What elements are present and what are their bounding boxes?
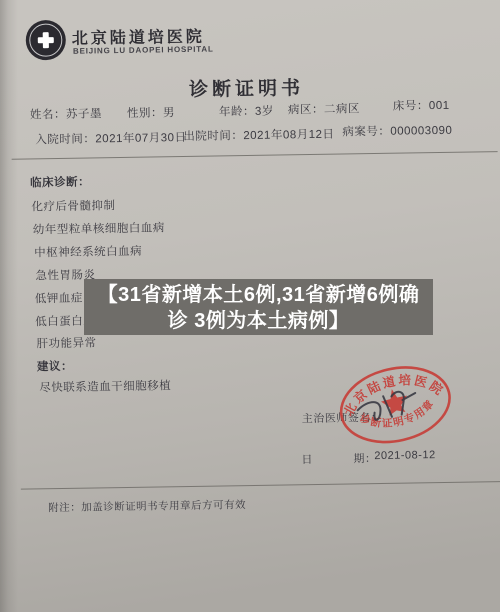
- footer-divider: [21, 481, 500, 490]
- discharge-date-label: 出院时间：: [183, 130, 243, 143]
- certificate-stamp: 北京陆道培医院 诊断证明专用章: [328, 351, 464, 460]
- patient-ward-value: 二病区: [324, 103, 360, 116]
- diagnosis-heading: 临床诊断：: [30, 173, 90, 190]
- patient-age-label: 年龄：: [219, 106, 255, 119]
- record-no-label: 病案号：: [342, 126, 390, 139]
- footnote-label: 附注：: [48, 502, 81, 515]
- footnote: 附注：加盖诊断证明书专用章后方可有效: [48, 497, 246, 515]
- diagnosis-item: 幼年型粒单核细胞白血病: [33, 219, 165, 237]
- patient-gender-field: 性别：男: [127, 104, 175, 121]
- news-caption-line1: 【31省新增本土6例,31省新增6例确: [84, 279, 433, 308]
- patient-age-value: 3岁: [255, 106, 274, 118]
- hospital-name-en: BEIJING LU DAOPEI HOSPITAL: [73, 45, 214, 56]
- patient-gender-label: 性别：: [127, 107, 163, 120]
- date-char: 日: [301, 451, 313, 467]
- news-caption-overlay: 【31省新增本土6例,31省新增6例确 诊 3例为本土病例】: [84, 279, 433, 335]
- patient-name-value: 苏子墨: [66, 108, 102, 121]
- advice-item: 尽快联系造血干细胞移植: [39, 377, 171, 395]
- patient-gender-value: 男: [163, 107, 175, 119]
- footnote-text: 加盖诊断证明书专用章后方可有效: [81, 499, 246, 514]
- patient-bed-label: 床号：: [393, 100, 429, 113]
- patient-age-field: 年龄：3岁: [219, 103, 274, 120]
- admit-date-label: 入院时间：: [35, 133, 95, 146]
- patient-bed-field: 床号：001: [393, 97, 450, 114]
- diagnosis-item: 中枢神经系统白血病: [34, 243, 142, 261]
- patient-ward-label: 病区：: [288, 104, 324, 117]
- record-no-field: 病案号：000003090: [342, 122, 452, 140]
- discharge-date-value: 2021年08月12日: [243, 129, 334, 142]
- admit-date-field: 入院时间：2021年07月30日: [35, 129, 186, 147]
- patient-bed-value: 001: [429, 100, 450, 112]
- header-divider: [12, 151, 498, 160]
- discharge-date-field: 出院时间：2021年08月12日: [183, 126, 334, 144]
- diagnosis-item: 肝功能异常: [36, 334, 96, 351]
- record-no-value: 000003090: [390, 125, 452, 138]
- hospital-logo: [24, 19, 67, 62]
- news-caption-line2: 诊 3例为本土病例】: [84, 308, 433, 334]
- admit-date-value: 2021年07月30日: [95, 132, 186, 145]
- patient-name-field: 姓名：苏子墨: [30, 105, 102, 122]
- patient-ward-field: 病区：二病区: [288, 100, 360, 117]
- advice-heading: 建议：: [37, 358, 73, 375]
- patient-name-label: 姓名：: [30, 109, 66, 122]
- diagnosis-item: 低钾血症: [35, 290, 83, 307]
- diagnosis-item: 化疗后骨髓抑制: [31, 197, 115, 214]
- diagnosis-certificate-photo: 北京陆道培医院 BEIJING LU DAOPEI HOSPITAL 诊断证明书…: [0, 0, 500, 612]
